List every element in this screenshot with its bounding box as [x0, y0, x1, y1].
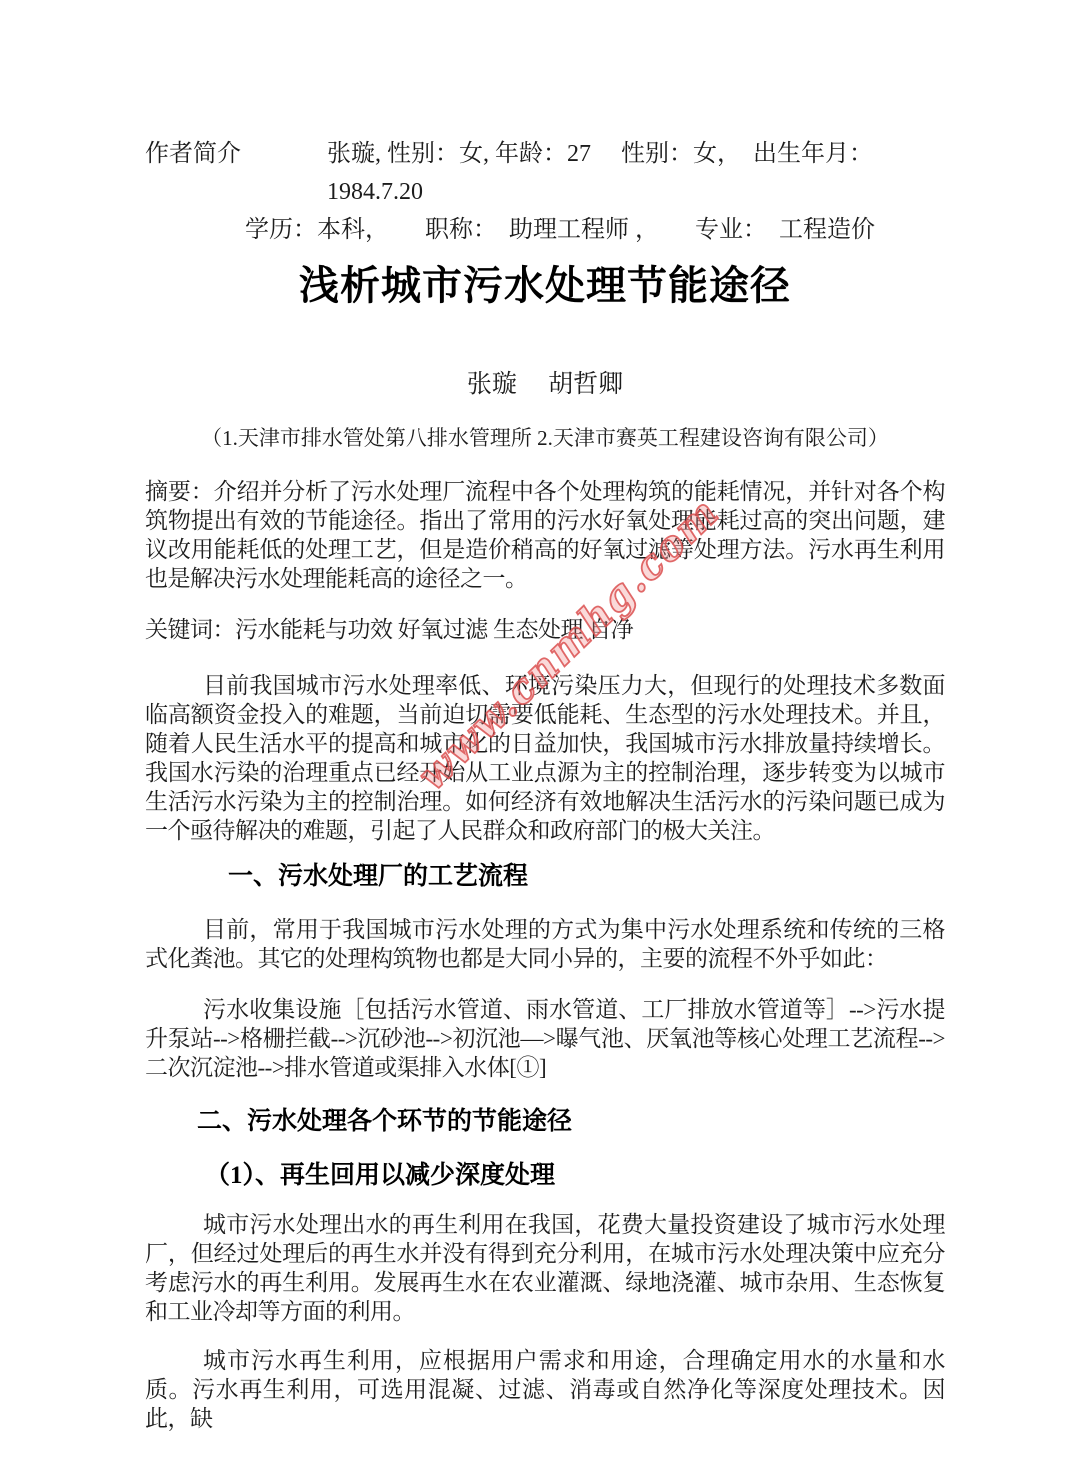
subsection-1-paragraph-2: 城市污水再生利用，应根据用户需求和用途，合理确定用水的水量和水质。污水再生利用，… — [145, 1346, 945, 1433]
affiliation: （1.天津市排水管处第八排水管理所 2.天津市赛英工程建设咨询有限公司） — [145, 423, 945, 453]
document-page: 作者简介 张璇, 性别：女, 年龄：27 性别：女， 出生年月：1984.7.2… — [0, 0, 1072, 1458]
author-intro-label: 作者简介 — [145, 135, 241, 211]
intro-paragraph: 目前我国城市污水处理率低、环境污染压力大，但现行的处理技术多数面临高额资金投入的… — [145, 671, 945, 845]
subsection-1-paragraph-1: 城市污水处理出水的再生利用在我国，花费大量投资建设了城市污水处理厂，但经过处理后… — [145, 1210, 945, 1326]
section-2-heading: 二、污水处理各个环节的节能途径 — [197, 1106, 945, 1138]
page-title: 浅析城市污水处理节能途径 — [145, 259, 945, 313]
authors: 张璇 胡哲卿 — [145, 367, 945, 403]
abstract-paragraph: 摘要：介绍并分析了污水处理厂流程中各个处理构筑的能耗情况，并针对各个构筑物提出有… — [145, 477, 945, 593]
author-intro-details: 张璇, 性别：女, 年龄：27 性别：女， 出生年月：1984.7.20 — [327, 135, 945, 211]
section-1-process-flow-paragraph: 污水收集设施［包括污水管道、雨水管道、工厂排放水管道等］-->污水提升泵站-->… — [145, 995, 945, 1082]
keywords-line: 关键词：污水能耗与功效 好氧过滤 生态处理 自净 — [145, 615, 945, 644]
section-1-heading: 一、污水处理厂的工艺流程 — [228, 861, 945, 893]
section-1-paragraph-1: 目前，常用于我国城市污水处理的方式为集中污水处理系统和传统的三格式化粪池。其它的… — [145, 915, 945, 973]
section-2-subsection-1-heading: （1）、再生回用以减少深度处理 — [205, 1160, 945, 1192]
author-credentials-line: 学历：本科， 职称： 助理工程师 ， 专业： 工程造价 — [245, 211, 945, 249]
author-intro-line: 作者简介 张璇, 性别：女, 年龄：27 性别：女， 出生年月：1984.7.2… — [145, 135, 945, 211]
